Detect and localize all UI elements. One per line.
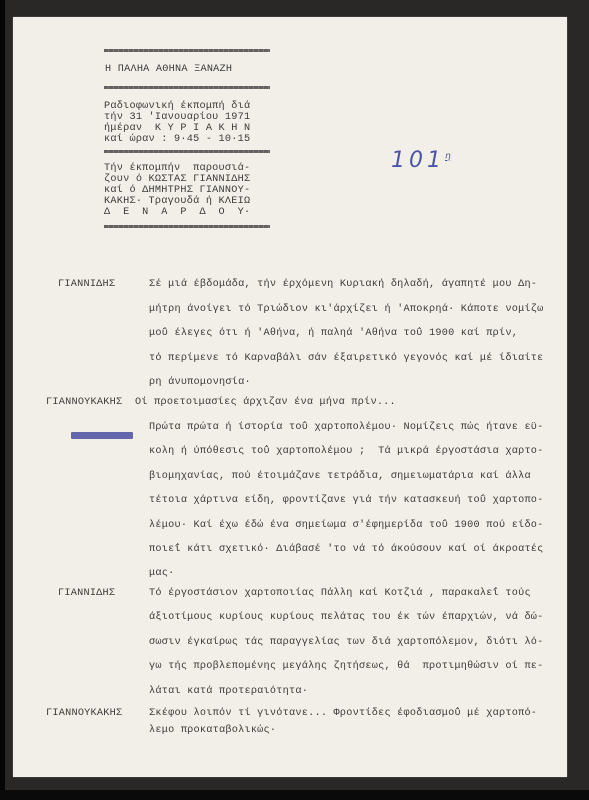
presenters-line: καί ό ΔΗΜΗΤΡΗΣ ΓΙΑΝΝΟΥ-	[104, 185, 250, 197]
dialogue-line: βιομηχανίας, πού έτοιμάζανε τετράδια, ση…	[149, 471, 531, 482]
scan-border-left	[0, 0, 5, 800]
dialogue-line: μοΰ έλεγες ότι ή 'Αθήνα, ή παληά 'Αθήνα …	[149, 328, 518, 339]
broadcast-info-line: Ραδιοφωνική έκπομπή διά	[104, 101, 250, 113]
header-rule-bottom	[104, 225, 270, 228]
broadcast-info-line: καί ώραν : 9·45 - 10·15	[104, 134, 250, 146]
dialogue-line: τέτοια χάρτινα είδη, φροντίζανε γιά τήν …	[149, 495, 544, 506]
dialogue-line: τό περίμενε τό Καρναβάλι σάν έξαιρετικό …	[149, 353, 544, 364]
dialogue-line: λεμο προκαταβολικώς·	[149, 725, 276, 736]
dialogue-line: ρη άνυπομονησία·	[149, 377, 251, 388]
dialogue-line: λέμου· Καί έχω έδώ ένα σημείωμα σ'έφημερ…	[149, 520, 544, 531]
speaker-label: ΓΙΑΝΝΟΥΚΑΚΗΣ	[46, 708, 122, 719]
header-rule-3	[104, 150, 270, 153]
broadcast-info-line: τήν 31 'Ιανουαρίου 1971	[104, 112, 250, 124]
document-title: Η ΠΑΛΗΑ ΑΘΗΝΑ ΞΑΝΑΖΗ	[105, 64, 232, 75]
scan-border-bottom	[0, 790, 589, 800]
document-page: Η ΠΑΛΗΑ ΑΘΗΝΑ ΞΑΝΑΖΗ Ραδιοφωνική έκπομπή…	[13, 17, 567, 777]
presenters-line: Δ Ε Ν Α Ρ Δ Ο Υ·	[104, 207, 250, 219]
dialogue-line: Σκέφου λοιπόν τί γινότανε... Φροντίδες έ…	[149, 708, 537, 719]
speaker-label: ΓΙΑΝΝΟΥΚΑΚΗΣ	[46, 397, 122, 408]
dialogue-line: Οί προετοιμασίες άρχιζαν ένα μήνα πρίν..…	[135, 397, 396, 408]
dialogue-line: γω τής προβλεπομένης μεγάλης ζητήσεως, θ…	[149, 661, 544, 672]
presenters-line: ζουν ό ΚΩΣΤΑΣ ΓΙΑΝΝΙΔΗΣ	[104, 174, 250, 186]
dialogue-line: Πρώτα πρώτα ή ίστορία τοΰ χαρτοπολέμου· …	[149, 422, 544, 433]
dialogue-line: άξιοτίμους κυρίους κυρίους πελάτας του έ…	[149, 612, 544, 623]
header-rule-2	[104, 86, 270, 89]
dialogue-line: Τό έργοστάσιον χαρτοποιίας Πάλλη καί Κοτ…	[149, 588, 531, 599]
dialogue-line: σωσιν έγκαίρως τάς παραγγελίας των διά χ…	[149, 637, 544, 648]
header-rule-top	[104, 49, 270, 52]
dialogue-line: μήτρη άνοίγει τό Τριώδιον κι'άρχίζει ή '…	[149, 304, 544, 315]
dialogue-line: κολη ή ύπόθεσις τοΰ χαρτοπολέμου ; Τά μι…	[149, 446, 544, 457]
speaker-label: ΓΙΑΝΝΙΔΗΣ	[58, 588, 115, 599]
struck-out-speaker-label	[71, 432, 133, 439]
handwritten-page-number: 101η	[391, 148, 451, 173]
dialogue-line: Σέ μιά έβδομάδα, τήν έρχόμενη Κυριακή δη…	[149, 279, 537, 290]
dialogue-line: μας·	[149, 568, 174, 579]
broadcast-info-line: ήμέραν Κ Υ Ρ Ι Α Κ Η Ν	[104, 123, 250, 135]
dialogue-line: ποιεΐ κάτι σχετικό· Διάβασέ 'το νά τό άκ…	[149, 544, 544, 555]
presenters-line: Τήν έκπομπήν παρουσιά-	[104, 163, 250, 175]
dialogue-line: λάται κατά προτεραιότητα·	[149, 686, 308, 697]
presenters-line: ΚΑΚΗΣ· Τραγουδά ή ΚΛΕΙΩ	[104, 196, 250, 208]
speaker-label: ΓΙΑΝΝΙΔΗΣ	[58, 279, 115, 290]
